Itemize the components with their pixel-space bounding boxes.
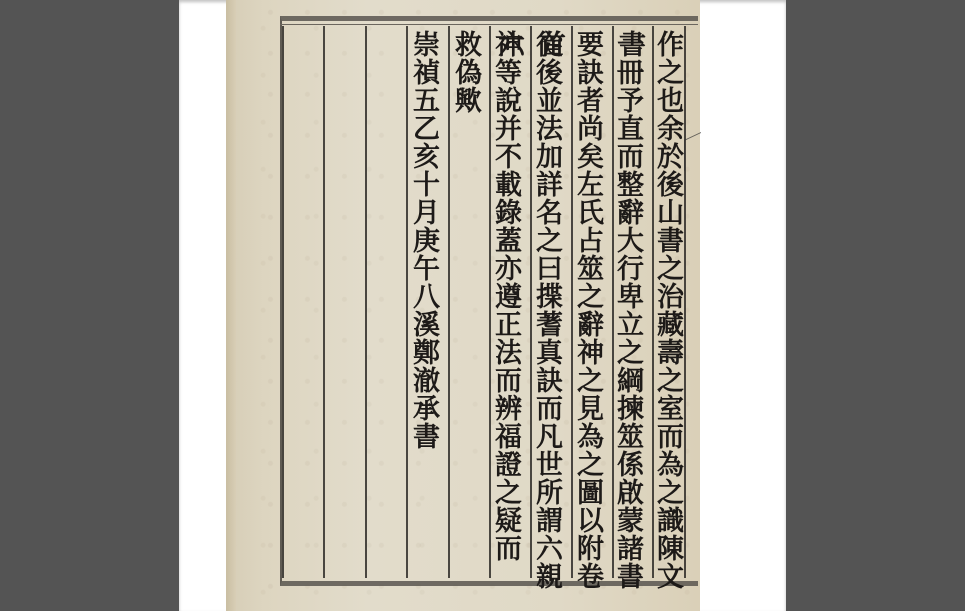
column-rule	[365, 26, 367, 578]
page-gutter	[226, 0, 236, 611]
text-column-7: 崇禎五乙亥十月庚午八溪鄭澈承書	[402, 30, 442, 450]
border-inner-line	[280, 24, 698, 25]
column-rule	[323, 26, 325, 578]
document-viewer: 作之也余於後山書之治藏壽之室而為之識陳文書 一冊予直而整辭大行卑立之綱揀筮係啟蒙…	[0, 0, 965, 611]
text-column-6: 救偽歟	[444, 30, 484, 114]
text-column-3: 要訣者尚矣左氏占筮之辭神之見為之圖以附卷首	[566, 30, 606, 611]
column-rule	[282, 26, 284, 578]
text-column-5: 神等說并不載錄蓋亦遵正法而辨福證之疑而	[484, 30, 524, 562]
page-sheet: 作之也余於後山書之治藏壽之室而為之識陳文書 一冊予直而整辭大行卑立之綱揀筮係啟蒙…	[179, 0, 786, 611]
text-column-2: 一冊予直而整辭大行卑立之綱揀筮係啟蒙諸書	[606, 30, 646, 590]
text-column-1: 作之也余於後山書之治藏壽之室而為之識陳文書	[646, 30, 686, 611]
text-column-4: 從後並法加詳名之曰揲蓍真訣而凡世所謂六親六	[525, 30, 565, 611]
scanned-page-image: 作之也余於後山書之治藏壽之室而為之識陳文書 一冊予直而整辭大行卑立之綱揀筮係啟蒙…	[226, 0, 700, 611]
fishtail-mark	[684, 132, 701, 171]
